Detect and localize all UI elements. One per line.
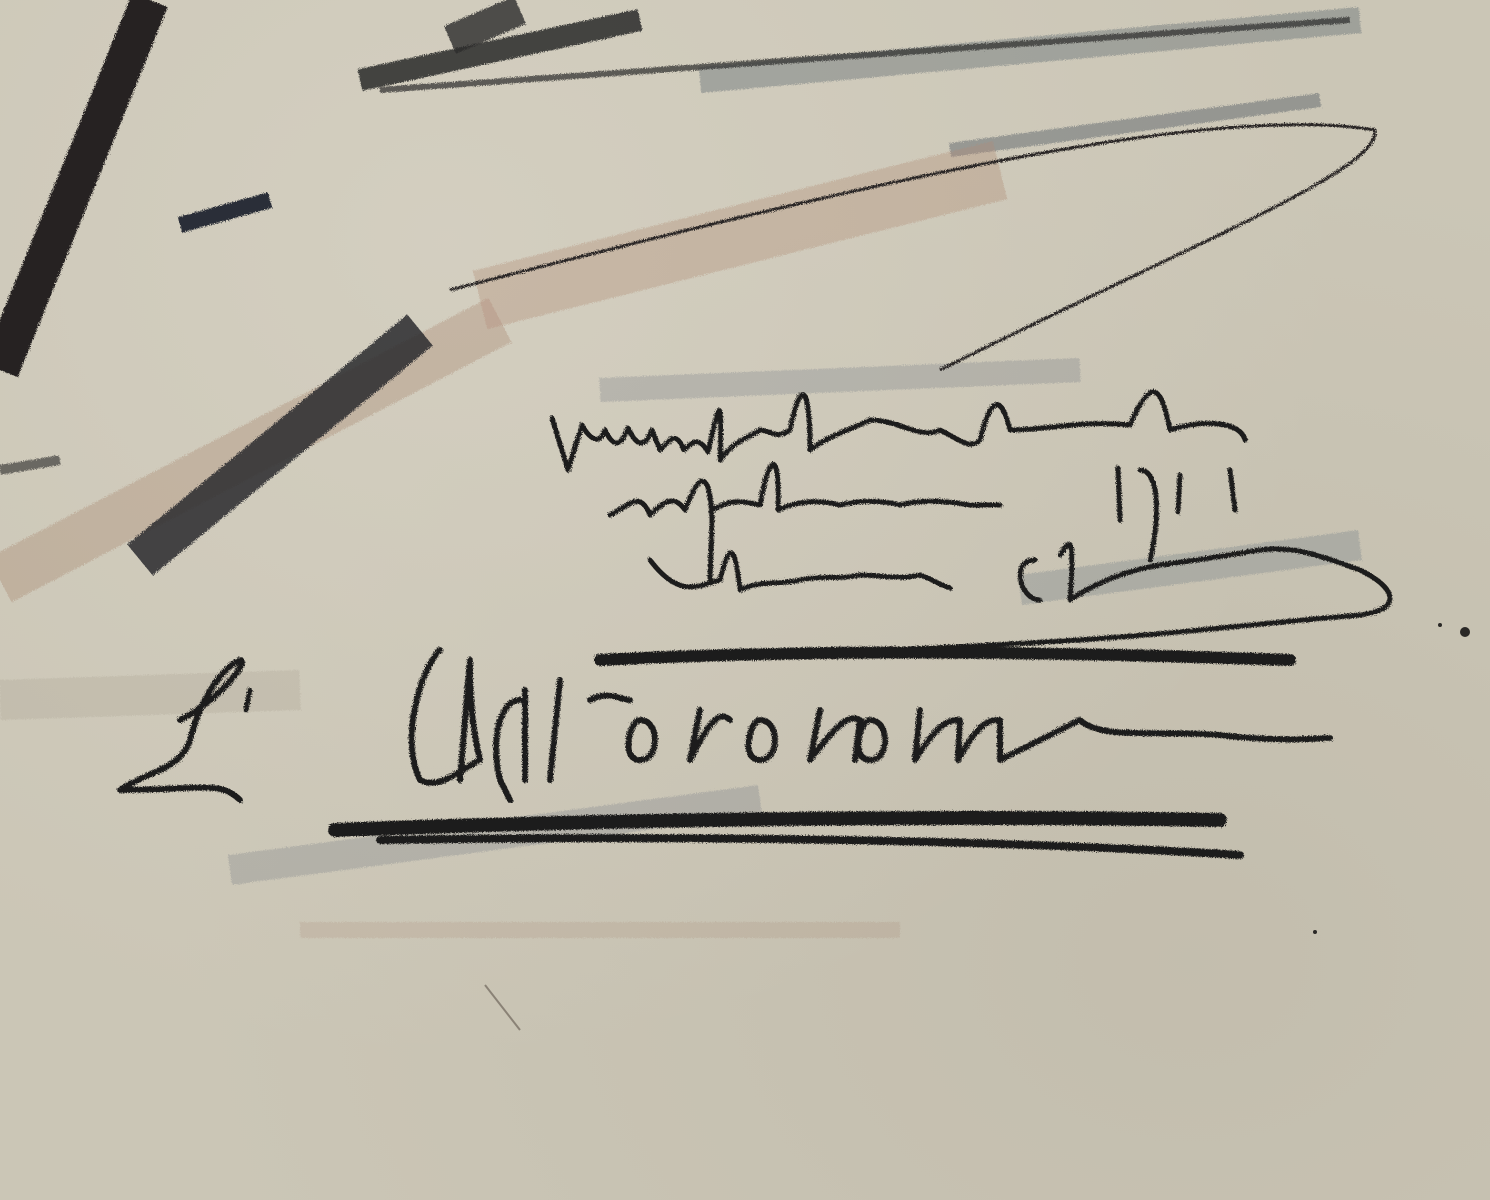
crayon-drawing [0, 0, 1490, 1200]
